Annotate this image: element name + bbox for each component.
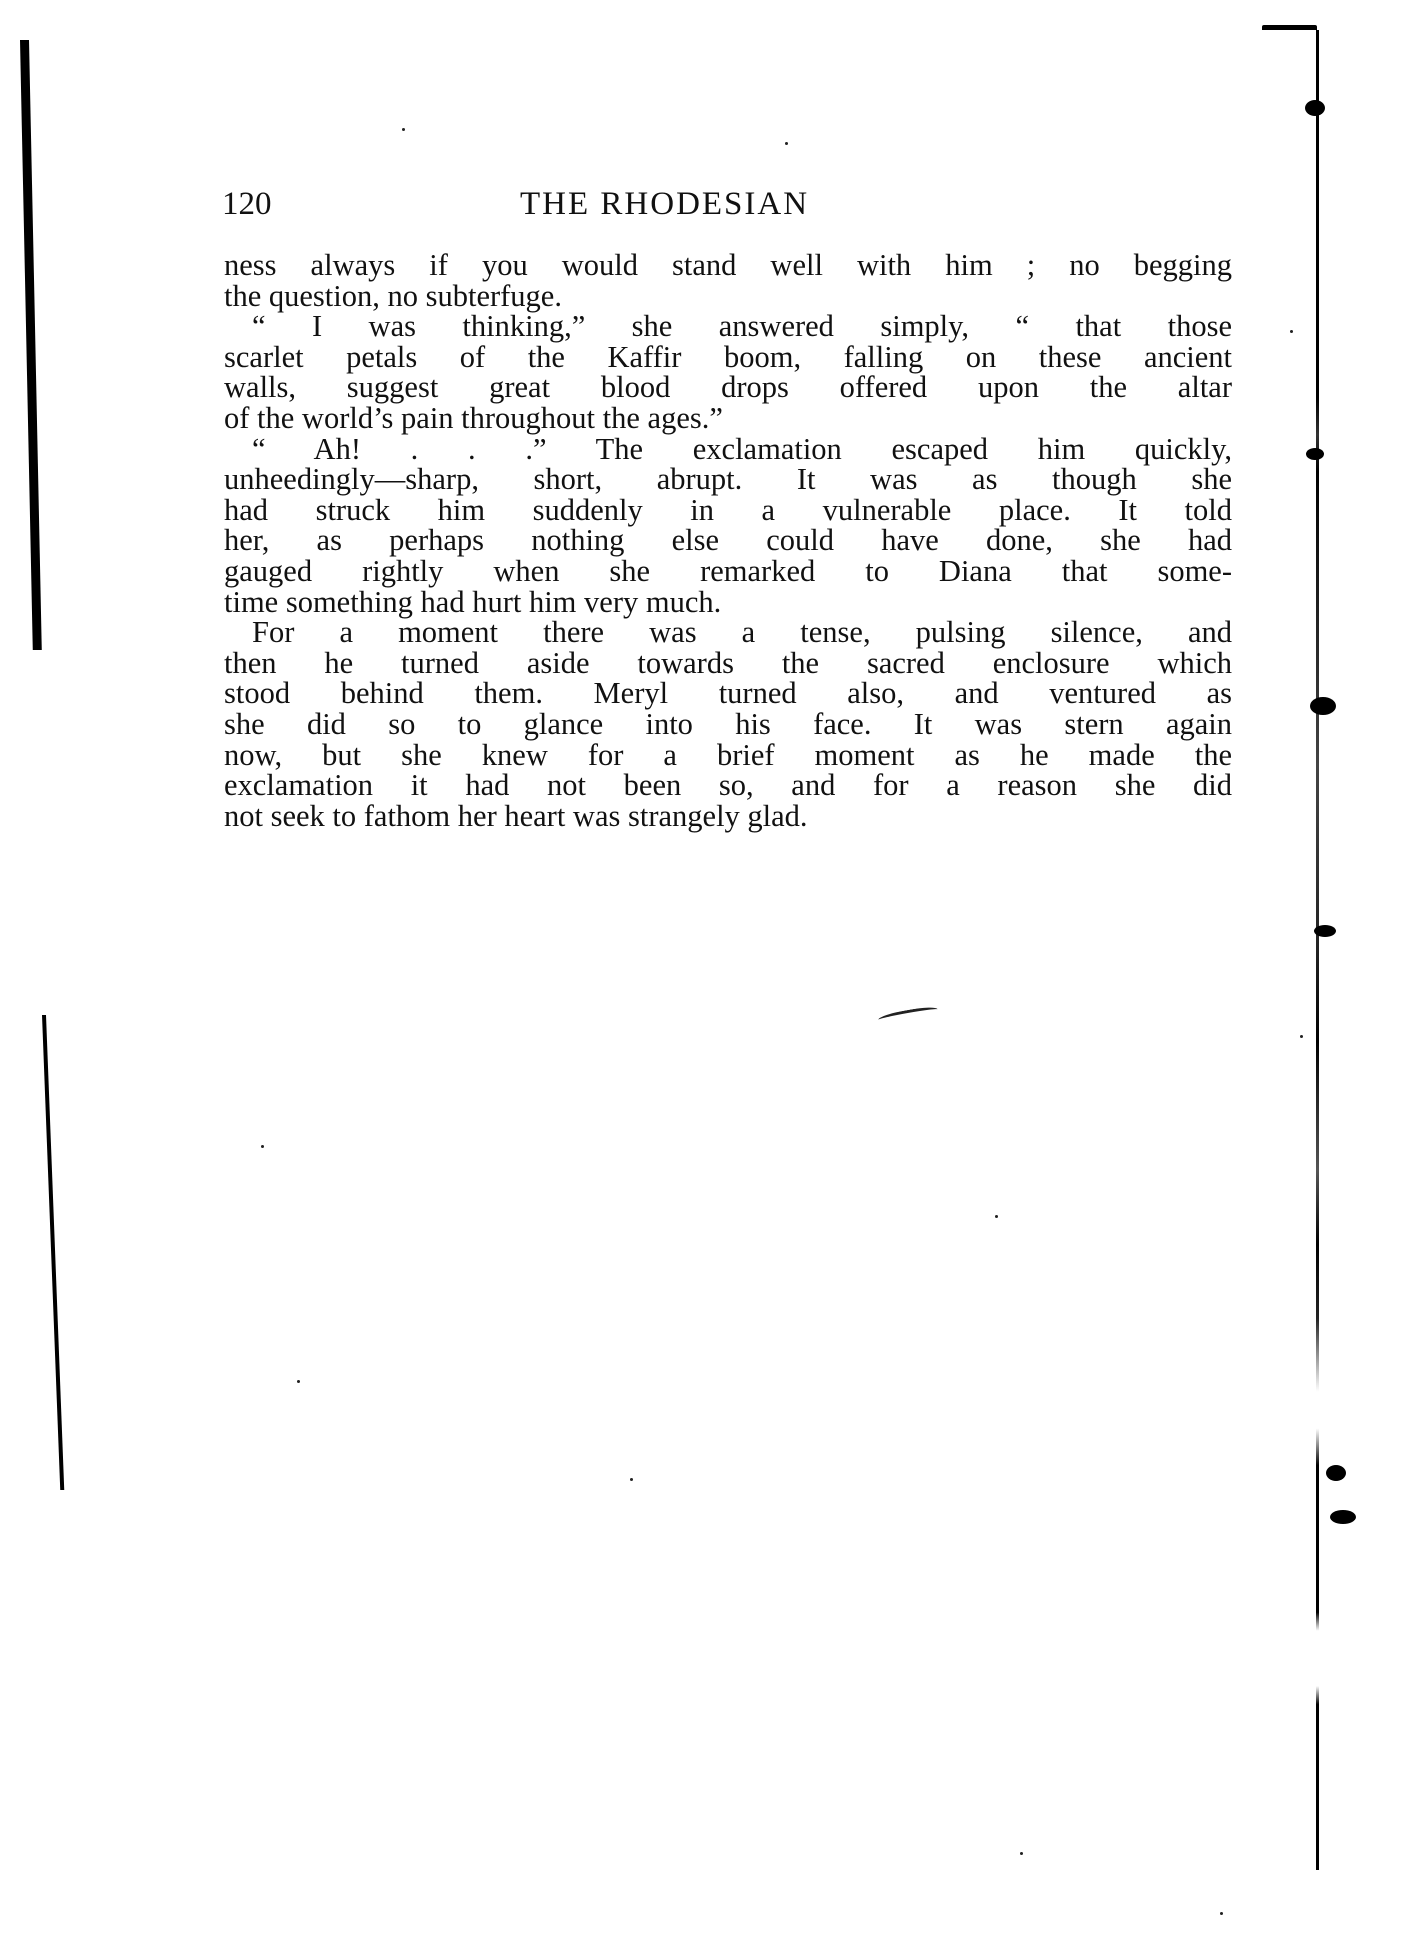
scan-edge-left-bottom: [42, 1015, 64, 1490]
scan-blot: [1306, 448, 1324, 460]
text-line: she did so to glance into his face. It w…: [224, 709, 1232, 740]
text-line: now, but she knew for a brief moment as …: [224, 740, 1232, 771]
text-line: then he turned aside towards the sacred …: [224, 648, 1232, 679]
scan-speck: [402, 128, 405, 131]
text-line: stood behind them. Meryl turned also, an…: [224, 678, 1232, 709]
paragraph: ness always if you would stand well with…: [224, 250, 1232, 311]
text-line: not seek to fathom her heart was strange…: [224, 801, 1232, 832]
text-line: gauged rightly when she remarked to Dian…: [224, 556, 1232, 587]
text-line: her, as perhaps nothing else could have …: [224, 525, 1232, 556]
scan-speck: [1220, 1912, 1223, 1915]
scan-speck: [297, 1380, 300, 1383]
paragraph: “ Ah! . . .” The exclamation escaped him…: [224, 434, 1232, 618]
text-line: the question, no subterfuge.: [224, 281, 1232, 312]
text-line: walls, suggest great blood drops offered…: [224, 372, 1232, 403]
scan-speck: [1290, 330, 1293, 333]
scan-edge-right: [1316, 30, 1319, 1870]
paragraph: “ I was thinking,” she answered simply, …: [224, 311, 1232, 433]
paragraph: For a moment there was a tense, pulsing …: [224, 617, 1232, 831]
scan-speck: [995, 1215, 998, 1218]
scan-blot: [1326, 1465, 1346, 1481]
scan-squiggle: [878, 1005, 939, 1024]
text-line: scarlet petals of the Kaffir boom, falli…: [224, 342, 1232, 373]
scan-blot: [1305, 100, 1325, 116]
page-number: 120: [222, 186, 272, 223]
scan-speck: [1020, 1852, 1023, 1855]
scan-speck: [630, 1478, 633, 1481]
text-line: “ I was thinking,” she answered simply, …: [224, 311, 1232, 342]
scan-edge-left-top: [20, 40, 42, 650]
scan-edge-right-cap: [1262, 25, 1317, 30]
text-line: “ Ah! . . .” The exclamation escaped him…: [224, 434, 1232, 465]
text-line: time something had hurt him very much.: [224, 587, 1232, 618]
running-title: THE RHODESIAN: [520, 186, 809, 223]
scan-speck: [785, 142, 788, 145]
scan-speck: [1300, 1035, 1303, 1038]
text-line: For a moment there was a tense, pulsing …: [224, 617, 1232, 648]
text-line: ness always if you would stand well with…: [224, 250, 1232, 281]
text-line: had struck him suddenly in a vulnerable …: [224, 495, 1232, 526]
scan-blot: [1330, 1510, 1356, 1524]
running-header: 120 THE RHODESIAN: [222, 186, 1232, 226]
text-line: of the world’s pain throughout the ages.…: [224, 403, 1232, 434]
text-line: exclamation it had not been so, and for …: [224, 770, 1232, 801]
text-line: unheedingly—sharp, short, abrupt. It was…: [224, 464, 1232, 495]
scan-blot: [1314, 925, 1336, 937]
scan-blot: [1310, 697, 1336, 715]
book-page: 120 THE RHODESIAN ness always if you wou…: [0, 0, 1409, 1956]
body-text: ness always if you would stand well with…: [224, 250, 1232, 831]
scan-speck: [261, 1145, 264, 1148]
